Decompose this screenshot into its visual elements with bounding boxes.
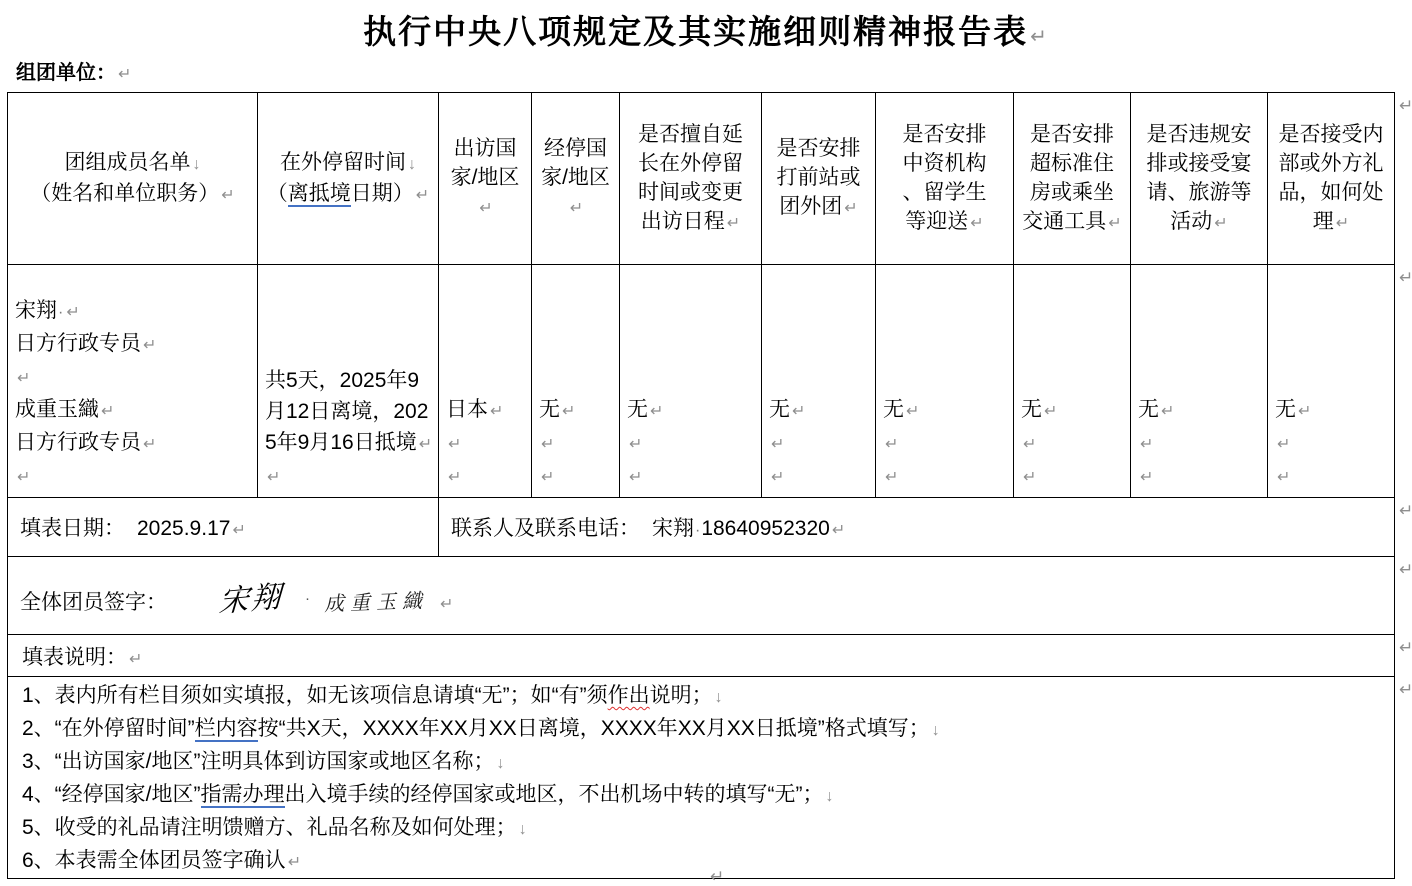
notes-label-row: 填表说明：↵ [8, 635, 1395, 677]
paragraph-mark: ↵ [832, 522, 845, 539]
document-page: 执行中央八项规定及其实施细则精神报告表↵ 组团单位：↵ 团组成员名单↓ （姓名和… [0, 0, 1412, 886]
stay-time-value: 共5天，2025年9月12日离境，2025年9月16日抵境 [265, 369, 428, 454]
visit-country-value: 日本 [446, 398, 488, 421]
paragraph-mark: ↵ [267, 469, 280, 486]
paragraph-mark: ↵ [771, 436, 784, 453]
note-line: 4、“经停国家/地区”指需办理出入境手续的经停国家或地区，不出机场中转的填写“无… [22, 779, 1390, 812]
housing-transport-value: 无 [1021, 398, 1042, 421]
cell-gifts[interactable]: 无↵ ↵ ↵ [1268, 265, 1395, 498]
signature-handwritten: 成重玉織 [324, 584, 429, 617]
cell-stay-time[interactable]: 共5天，2025年9月12日离境，2025年9月16日抵境↵ ↵ [258, 265, 439, 498]
paragraph-mark: ↵ [143, 436, 156, 453]
note-line: 5、收受的礼品请注明馈赠方、礼品名称及如何处理；↓ [22, 812, 1390, 845]
space-mark: · [305, 590, 310, 607]
paragraph-mark: ↵ [66, 304, 79, 321]
paragraph-mark: ↵ [17, 370, 30, 387]
contact-phone: 18640952320 [701, 517, 829, 540]
header-members[interactable]: 团组成员名单↓ （姓名和单位职务）↵ [8, 93, 258, 265]
header-banquet-tourism[interactable]: 是否违规安排或接受宴请、旅游等活动↵ [1131, 93, 1268, 265]
org-unit-label: 组团单位： [16, 62, 116, 84]
banquet-tourism-value: 无 [1138, 398, 1159, 421]
advance-team-value: 无 [769, 398, 790, 421]
grammar-underline: 指需办理 [201, 783, 285, 808]
paragraph-mark: ↵ [490, 403, 503, 420]
paragraph-mark: ↵ [570, 200, 583, 217]
paragraph-mark: ↵ [440, 596, 453, 613]
cell-members[interactable]: 宋翔·↵ 日方行政专员↵ ↵ 成重玉織↵ 日方行政专员↵ ↵ [8, 265, 258, 498]
header-advance-team[interactable]: 是否安排打前站或团外团↵ [762, 93, 876, 265]
cell-signatures[interactable]: 全体团员签字：宋翔·成重玉織↵ [8, 557, 1395, 635]
paragraph-mark: ↵ [448, 436, 461, 453]
header-stay-line2: （离抵境日期） [267, 182, 414, 207]
paragraph-mark: ↵ [562, 403, 575, 420]
row-end-paragraph-mark: ↵ [1399, 638, 1412, 658]
paragraph-mark: ↵ [1214, 215, 1227, 232]
page-title: 执行中央八项规定及其实施细则精神报告表↵ [0, 6, 1412, 53]
cell-visit-country[interactable]: 日本↵ ↵ ↵ [439, 265, 532, 498]
row-end-paragraph-mark: ↵ [1399, 560, 1412, 580]
paragraph-mark: ↵ [1023, 436, 1036, 453]
cell-greeting[interactable]: 无↵ ↵ ↵ [876, 265, 1014, 498]
spellcheck-underline: 离抵境 [288, 182, 351, 207]
line-break-mark: ↓ [408, 156, 416, 173]
cell-contact[interactable]: 联系人及联系电话：宋翔·18640952320↵ [439, 498, 1395, 557]
note-line: 2、“在外停留时间”栏内容按“共X天，XXXX年XX月XX日离境，XXXX年XX… [22, 713, 1390, 746]
notes-row: 1、表内所有栏目须如实填报，如无该项信息请填“无”；如“有”须作出说明；↓ 2、… [8, 677, 1395, 879]
paragraph-mark: ↵ [629, 469, 642, 486]
note-line: 1、表内所有栏目须如实填报，如无该项信息请填“无”；如“有”须作出说明；↓ [22, 680, 1390, 713]
paragraph-mark: ↵ [101, 403, 114, 420]
cell-extend-schedule[interactable]: 无↵ ↵ ↵ [620, 265, 762, 498]
gifts-value: 无 [1275, 398, 1296, 421]
paragraph-mark: ↵ [1023, 469, 1036, 486]
paragraph-mark: ↵ [771, 469, 784, 486]
member-title: 日方行政专员 [15, 431, 141, 454]
header-stay-time[interactable]: 在外停留时间↓ （离抵境日期）↵ [258, 93, 439, 265]
notes-label: 填表说明： [22, 646, 127, 669]
data-row: 宋翔·↵ 日方行政专员↵ ↵ 成重玉織↵ 日方行政专员↵ ↵ 共5天，2025年… [8, 265, 1395, 498]
paragraph-mark: ↵ [792, 403, 805, 420]
paragraph-mark: ↵ [419, 436, 432, 453]
contact-label: 联系人及联系电话： [451, 517, 640, 540]
signature-handwritten: 宋翔 [218, 571, 284, 621]
header-housing-transport[interactable]: 是否安排超标准住房或乘坐交通工具↵ [1014, 93, 1131, 265]
header-gifts[interactable]: 是否接受内部或外方礼品，如何处理↵ [1268, 93, 1395, 265]
paragraph-mark: ↵ [727, 215, 740, 232]
paragraph-mark: ↵ [1030, 26, 1049, 48]
header-visit-country[interactable]: 出访国家/地区↵ [439, 93, 532, 265]
paragraph-mark: ↵ [17, 469, 30, 486]
paragraph-mark: ↵ [1044, 403, 1057, 420]
member-title: 日方行政专员 [15, 332, 141, 355]
paragraph-mark: ↵ [906, 403, 919, 420]
transit-country-value: 无 [539, 398, 560, 421]
paragraph-mark: ↵ [1336, 215, 1349, 232]
paragraph-mark: ↵ [129, 651, 142, 668]
header-members-line2: （姓名和单位职务） [30, 182, 219, 205]
grammar-underline: 栏内容 [195, 717, 258, 742]
row-end-paragraph-mark: ↵ [1399, 268, 1412, 288]
date-contact-row: 填表日期：2025.9.17↵ 联系人及联系电话：宋翔·18640952320↵ [8, 498, 1395, 557]
row-end-paragraph-mark: ↵ [1399, 501, 1412, 521]
spellcheck-wavy-underline: 作出 [608, 684, 650, 707]
row-end-paragraph-mark: ↵ [1399, 680, 1412, 700]
paragraph-mark: ↵ [885, 469, 898, 486]
line-break-mark: ↓ [715, 689, 723, 706]
paragraph-mark: ↵ [885, 436, 898, 453]
report-table: 团组成员名单↓ （姓名和单位职务）↵ 在外停留时间↓ （离抵境日期）↵ 出访国家… [7, 92, 1395, 879]
fill-date-label: 填表日期： [20, 517, 125, 540]
cell-transit-country[interactable]: 无↵ ↵ ↵ [532, 265, 620, 498]
note-line: 3、“出访国家/地区”注明具体到访国家或地区名称；↓ [22, 746, 1390, 779]
paragraph-mark: ↵ [118, 66, 131, 83]
paragraph-mark: ↵ [288, 854, 301, 871]
member-name: 宋翔 [15, 299, 57, 322]
paragraph-mark: ↵ [1161, 403, 1174, 420]
space-mark: · [58, 304, 63, 321]
paragraph-mark: ↵ [710, 867, 724, 886]
paragraph-mark: ↵ [1277, 469, 1290, 486]
cell-housing-transport[interactable]: 无↵ ↵ ↵ [1014, 265, 1131, 498]
header-members-line1: 团组成员名单 [65, 151, 191, 174]
signature-row: 全体团员签字：宋翔·成重玉織↵ [8, 557, 1395, 635]
note-line: 6、本表需全体团员签字确认↵ [22, 845, 1390, 878]
paragraph-mark: ↵ [221, 187, 234, 204]
paragraph-mark: ↵ [479, 200, 492, 217]
paragraph-mark: ↵ [1140, 469, 1153, 486]
row-end-paragraph-mark: ↵ [1399, 96, 1412, 116]
cell-banquet-tourism[interactable]: 无↵ ↵ ↵ [1131, 265, 1268, 498]
paragraph-mark: ↵ [232, 522, 245, 539]
line-break-mark: ↓ [825, 788, 833, 805]
paragraph-mark: ↵ [1298, 403, 1311, 420]
cell-fill-date[interactable]: 填表日期：2025.9.17↵ [8, 498, 439, 557]
paragraph-mark: ↵ [143, 337, 156, 354]
header-row: 团组成员名单↓ （姓名和单位职务）↵ 在外停留时间↓ （离抵境日期）↵ 出访国家… [8, 93, 1395, 265]
paragraph-mark: ↵ [1108, 215, 1121, 232]
paragraph-mark: ↵ [416, 187, 429, 204]
paragraph-mark: ↵ [970, 215, 983, 232]
org-unit-line[interactable]: 组团单位：↵ [16, 56, 131, 85]
line-break-mark: ↓ [497, 755, 505, 772]
cell-advance-team[interactable]: 无↵ ↵ ↵ [762, 265, 876, 498]
header-greeting[interactable]: 是否安排中资机构、留学生等迎送↵ [876, 93, 1014, 265]
page-title-text: 执行中央八项规定及其实施细则精神报告表 [363, 13, 1028, 50]
line-break-mark: ↓ [193, 156, 201, 173]
header-extend-schedule[interactable]: 是否擅自延长在外停留时间或变更出访日程↵ [620, 93, 762, 265]
paragraph-mark: ↵ [541, 436, 554, 453]
space-mark: · [695, 522, 700, 539]
header-transit-country[interactable]: 经停国家/地区↵ [532, 93, 620, 265]
header-stay-line1: 在外停留时间 [280, 151, 406, 174]
line-break-mark: ↓ [519, 821, 527, 838]
contact-name: 宋翔 [652, 517, 694, 540]
extend-schedule-value: 无 [627, 398, 648, 421]
line-break-mark: ↓ [932, 722, 940, 739]
member-name: 成重玉織 [15, 398, 99, 421]
paragraph-mark: ↵ [650, 403, 663, 420]
cell-notes[interactable]: 1、表内所有栏目须如实填报，如无该项信息请填“无”；如“有”须作出说明；↓ 2、… [8, 677, 1395, 879]
cell-notes-label[interactable]: 填表说明：↵ [8, 635, 1395, 677]
greeting-value: 无 [883, 398, 904, 421]
paragraph-mark: ↵ [844, 200, 857, 217]
fill-date-value: 2025.9.17 [137, 517, 230, 540]
paragraph-mark: ↵ [448, 469, 461, 486]
signatures-label: 全体团员签字： [20, 591, 167, 614]
paragraph-mark: ↵ [629, 436, 642, 453]
paragraph-mark: ↵ [1277, 436, 1290, 453]
paragraph-mark: ↵ [541, 469, 554, 486]
paragraph-mark: ↵ [1140, 436, 1153, 453]
